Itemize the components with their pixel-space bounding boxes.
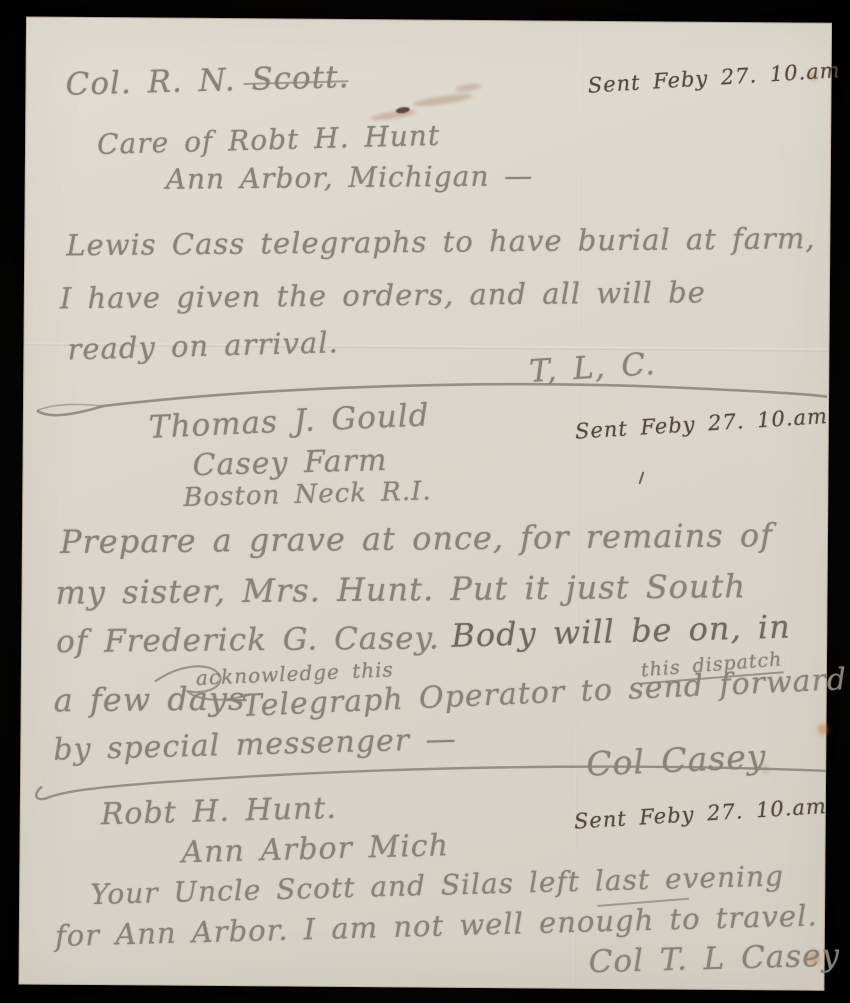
- sent-annotation: Sent Feby 27. 10.am: [587, 60, 841, 97]
- paper: Sent Feby 27. 10.am Col. R. N. Scott. Ca…: [18, 16, 832, 990]
- telegram-1: Sent Feby 27. 10.am Col. R. N. Scott. Ca…: [27, 17, 831, 23]
- addressee-line: Robt H. Hunt.: [100, 794, 337, 830]
- signature: Col T. L Casey: [588, 941, 840, 979]
- address-line: Ann Arbor, Michigan —: [166, 162, 534, 194]
- body-line: I have given the orders, and all will be: [60, 278, 706, 313]
- scan-background: Sent Feby 27. 10.am Col. R. N. Scott. Ca…: [0, 0, 850, 1003]
- address-line: Care of Robt H. Hunt: [97, 122, 441, 159]
- body-line: Prepare a grave at once, for remains of: [60, 519, 773, 558]
- telegram-2: Sent Feby 27. 10.am Thomas J. Gould Case…: [27, 17, 831, 23]
- address-line: Casey Farm: [192, 446, 388, 481]
- body-line: of Frederick G. Casey.: [56, 623, 440, 658]
- body-line: Lewis Cass telegraphs to have burial at …: [66, 224, 816, 260]
- address-line: Ann Arbor Mich: [181, 831, 449, 868]
- foxing-spot: [817, 724, 828, 735]
- body-line: my sister, Mrs. Hunt. Put it just South: [55, 570, 746, 609]
- vertical-fold-crease: [573, 22, 583, 988]
- body-line: ready on arrival.: [67, 328, 339, 364]
- telegram-3: Sent Feby 27. 10.am Robt H. Hunt. Ann Ar…: [27, 17, 831, 23]
- pen-tick: [638, 471, 644, 484]
- address-line: Boston Neck R.I.: [183, 478, 432, 511]
- body-line: Body will be on, in: [451, 611, 791, 652]
